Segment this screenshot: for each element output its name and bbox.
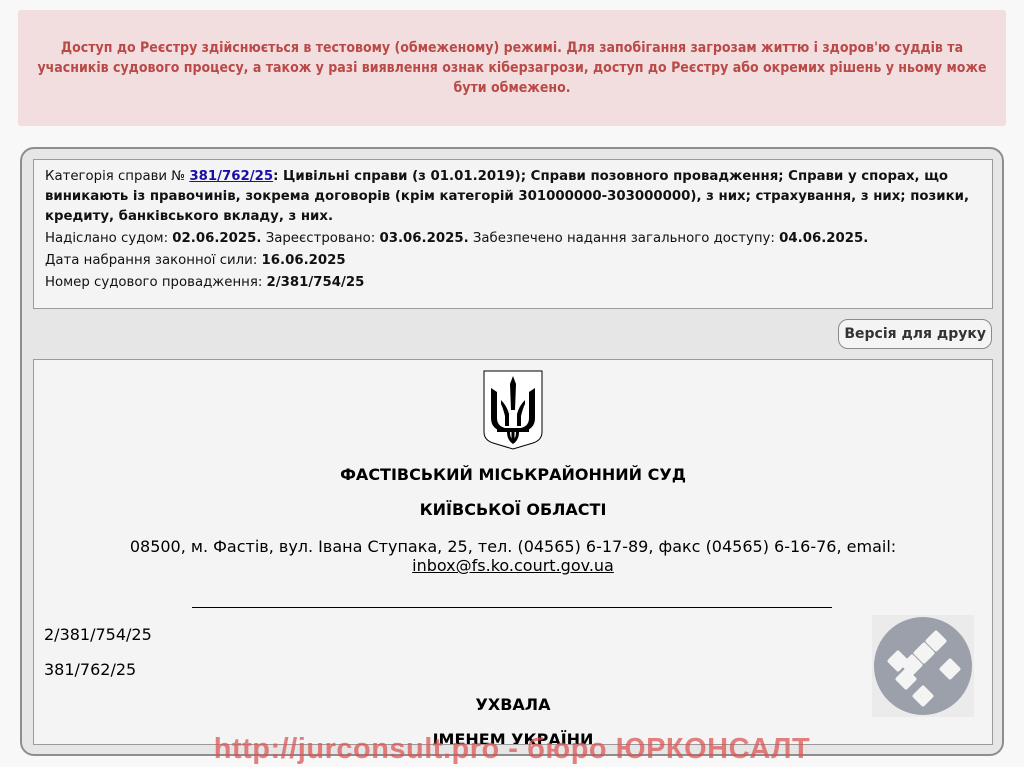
- case-category: Категорія справи № 381/762/25: Цивільні …: [45, 167, 981, 227]
- case-number-link[interactable]: 381/762/25: [189, 169, 273, 184]
- decision-panel: Категорія справи № 381/762/25: Цивільні …: [20, 147, 1004, 756]
- proceeding-number-line: Номер судового провадження: 2/381/754/25: [45, 273, 981, 293]
- access-date: 04.06.2025.: [779, 231, 868, 246]
- effective-date: 16.06.2025: [262, 253, 346, 268]
- doc-proceeding-number: 2/381/754/25: [44, 625, 152, 644]
- print-version-button[interactable]: Версія для друку: [838, 319, 992, 349]
- court-address: 08500, м. Фастів, вул. Івана Ступака, 25…: [114, 537, 912, 575]
- sent-date: 02.06.2025.: [172, 231, 261, 246]
- watermark-text: http://jurconsult.pro - бюро ЮРКОНСАЛТ: [0, 733, 1024, 766]
- access-warning-text: Доступ до Реєстру здійснюється в тестово…: [34, 38, 990, 98]
- proceeding-number: 2/381/754/25: [267, 275, 365, 290]
- doc-case-number: 381/762/25: [44, 660, 136, 679]
- court-region: КИЇВСЬКОЇ ОБЛАСТІ: [34, 500, 992, 519]
- document-type: УХВАЛА: [34, 695, 992, 714]
- ukraine-trident-icon: [483, 370, 543, 450]
- effective-date-line: Дата набрання законної сили: 16.06.2025: [45, 251, 981, 271]
- access-warning-banner: Доступ до Реєстру здійснюється в тестово…: [18, 10, 1006, 126]
- registered-date: 03.06.2025.: [379, 231, 468, 246]
- dates-line: Надіслано судом: 02.06.2025. Зареєстрова…: [45, 229, 981, 249]
- case-info-box: Категорія справи № 381/762/25: Цивільні …: [33, 159, 993, 309]
- decision-document: ФАСТІВСЬКИЙ МІСЬКРАЙОННИЙ СУД КИЇВСЬКОЇ …: [33, 359, 993, 745]
- court-name: ФАСТІВСЬКИЙ МІСЬКРАЙОННИЙ СУД: [34, 465, 992, 484]
- divider-line: [192, 607, 832, 608]
- court-email-link[interactable]: inbox@fs.ko.court.gov.ua: [412, 556, 614, 575]
